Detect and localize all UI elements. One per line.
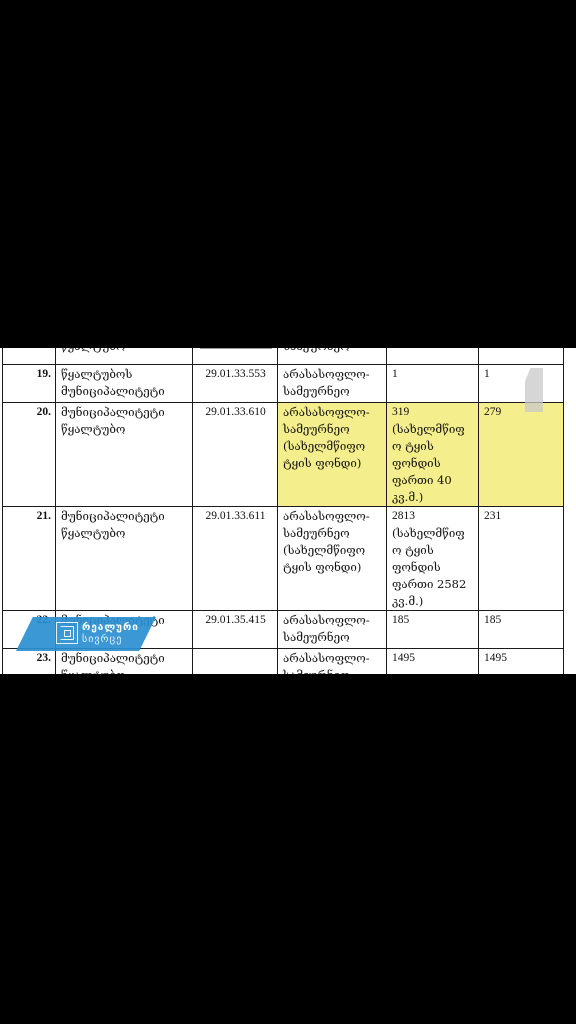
row-number: 20. [3, 403, 56, 507]
area-value: 1495 [387, 649, 479, 675]
value-amount: 231 [479, 507, 564, 611]
logo-subtitle: სივრცე [82, 634, 122, 645]
area-note: (სახელმწიფო ტყის ფონდის ფართი 2582 კვ.მ.… [392, 525, 474, 610]
land-category: არასასოფლო-სამეურნეო (სახელმწიფო ტყის ფო… [278, 507, 387, 611]
channel-watermark-icon [525, 368, 543, 412]
cadastral-code [193, 649, 278, 675]
owner-name: მუნიციპალიტეტი წყალტუბო [56, 507, 193, 611]
cadastral-code: 29.01.33.610 [193, 403, 278, 507]
table-row: წყალტუბოსამეურნეო [3, 348, 564, 365]
row-number: 19. [3, 365, 56, 403]
table-row: 23.მუნიციპალიტეტი წყალტუბოარასასოფლო-სამ… [3, 649, 564, 675]
row-number: 21. [3, 507, 56, 611]
logo-title: რეალური [82, 622, 139, 633]
area-value [387, 348, 479, 365]
row-number: 23. [3, 649, 56, 675]
table-row: 19.წყალტუბოს მუნიციპალიტეტი29.01.33.553ა… [3, 365, 564, 403]
area-note: (სახელმწიფო ტყის ფონდის ფართი 40 კვ.მ.) [392, 421, 474, 506]
owner-name: წყალტუბოს მუნიციპალიტეტი [56, 365, 193, 403]
show-logo: რეალური სივრცე [16, 617, 156, 651]
cadastral-code: 29.01.35.415 [193, 611, 278, 649]
table-row: 21.მუნიციპალიტეტი წყალტუბო29.01.33.611არ… [3, 507, 564, 611]
value-amount: 1495 [479, 649, 564, 675]
land-category: არასასოფლო-სამეურნეო [278, 649, 387, 675]
owner-name: მუნიციპალიტეტი წყალტუბო [56, 649, 193, 675]
value-amount: 1 [479, 365, 564, 403]
value-amount: 185 [479, 611, 564, 649]
cadastral-code: 29.01.33.553 [193, 365, 278, 403]
area-value: 319(სახელმწიფო ტყის ფონდის ფართი 40 კვ.მ… [387, 403, 479, 507]
row-number [3, 348, 56, 365]
land-category: არასასოფლო-სამეურნეო [278, 611, 387, 649]
area-value: 1 [387, 365, 479, 403]
land-category: არასასოფლო-სამეურნეო [278, 365, 387, 403]
value-amount [479, 348, 564, 365]
land-category: სამეურნეო [278, 348, 387, 365]
cadastral-code [193, 348, 278, 365]
value-amount: 279 [479, 403, 564, 507]
land-category: არასასოფლო-სამეურნეო (სახელმწიფო ტყის ფო… [278, 403, 387, 507]
table-row: 20.მუნიციპალიტეტი წყალტუბო29.01.33.610არ… [3, 403, 564, 507]
area-value: 185 [387, 611, 479, 649]
owner-name: წყალტუბო [56, 348, 193, 365]
maze-icon [56, 622, 78, 644]
owner-name: მუნიციპალიტეტი წყალტუბო [56, 403, 193, 507]
cadastral-code: 29.01.33.611 [193, 507, 278, 611]
area-value: 2813(სახელმწიფო ტყის ფონდის ფართი 2582 კ… [387, 507, 479, 611]
